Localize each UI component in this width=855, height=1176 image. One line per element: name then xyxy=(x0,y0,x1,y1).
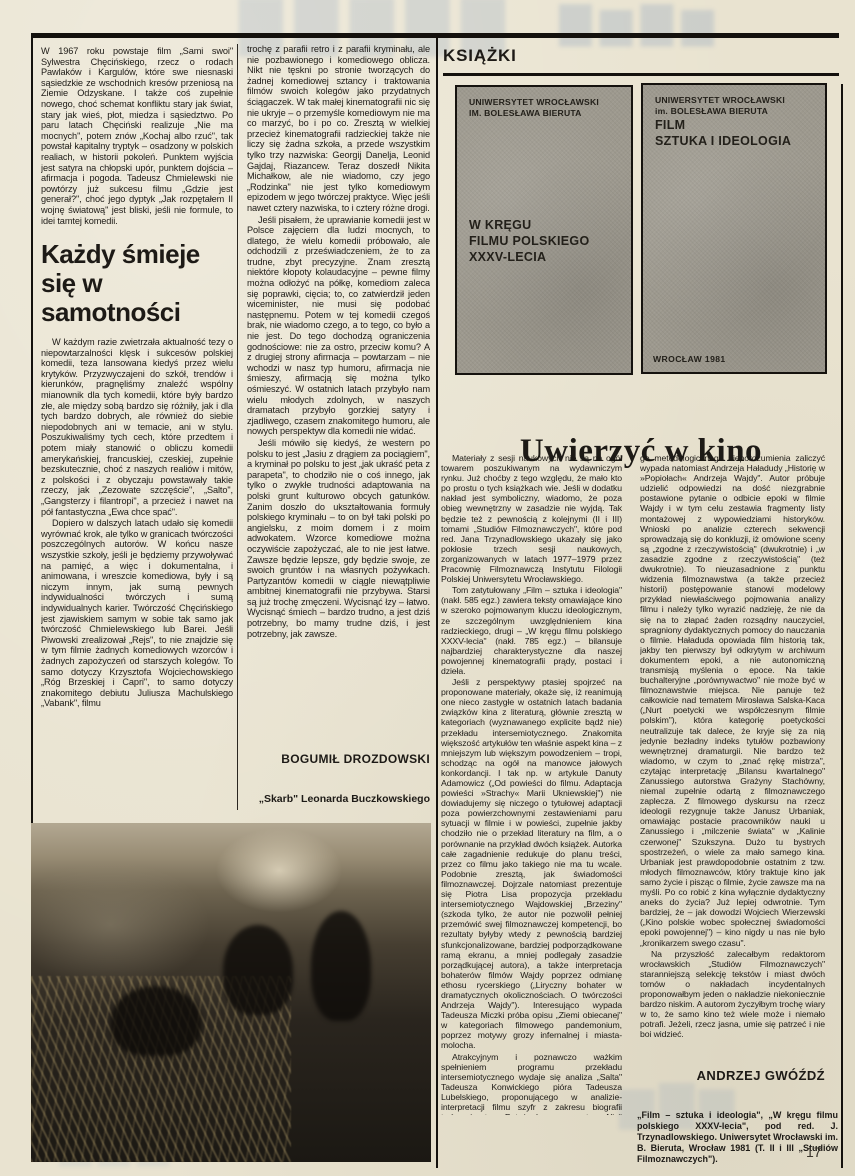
review-author: ANDRZEJ GWÓŹDŹ xyxy=(640,1068,825,1083)
photo-caption: „Skarb" Leonarda Buczkowskiego xyxy=(180,793,430,805)
book-publisher: UNIWERSYTET WROCŁAWSKI im. BOLESŁAWA BIE… xyxy=(655,95,785,117)
photo-figure xyxy=(311,911,371,1021)
top-rule xyxy=(31,33,839,38)
article-paragraph: Jeśli pisałem, że uprawianie komedii jes… xyxy=(247,215,430,437)
book-cover-film-sztuka: UNIWERSYTET WROCŁAWSKI im. BOLESŁAWA BIE… xyxy=(641,83,827,374)
book-title: FILM SZTUKA I IDEOLOGIA xyxy=(655,117,791,149)
article-paragraph: Dopiero w dalszych latach udało się kome… xyxy=(41,518,233,709)
section-divider-rule xyxy=(436,38,438,1168)
review-column-1: Materiały z sesji naukowych nie są na og… xyxy=(441,453,622,1115)
review-paragraph: Atrakcyjnym i poznawczo ważkim spełnieni… xyxy=(441,1052,622,1115)
book-imprint: WROCŁAW 1981 xyxy=(653,354,726,364)
review-paragraph: Jeśli z perspektywy ptasiej spojrzeć na … xyxy=(441,677,622,1050)
print-bleed-ghost: ▇▆▇▆ xyxy=(560,0,723,46)
review-paragraph: Na przyszłość zalecałbym redaktorom wroc… xyxy=(640,949,825,1040)
left-border-rule xyxy=(31,38,33,824)
article-headline: Każdy śmieje się w samotności xyxy=(41,240,233,327)
book-title: W KRĘGU FILMU POLSKIEGO XXXV-LECIA xyxy=(469,217,589,265)
review-paragraph: Tom zatytułowany „Film – sztuka i ideolo… xyxy=(441,585,622,676)
article-paragraph: Jeśli mówiło się kiedyś, że western po p… xyxy=(247,438,430,639)
photo-figure xyxy=(111,986,201,1056)
book-cover-w-kregu: UNIWERSYTET WROCŁAWSKI IM. BOLESŁAWA BIE… xyxy=(455,85,633,375)
photo-figure xyxy=(223,925,293,1015)
book-publisher: UNIWERSYTET WROCŁAWSKI IM. BOLESŁAWA BIE… xyxy=(469,97,599,119)
article-column-2: trochę z parafii retro i z parafii krymi… xyxy=(247,44,430,720)
books-section-label: KSIĄŻKI xyxy=(443,46,517,66)
right-border-rule xyxy=(841,84,843,1168)
article-paragraph: trochę z parafii retro i z parafii krymi… xyxy=(247,44,430,214)
column-divider-rule xyxy=(237,44,238,810)
page-number: 17 xyxy=(806,1144,822,1160)
review-paragraph: go metodologicznego nieporozumienia zali… xyxy=(640,453,825,948)
review-column-2: go metodologicznego nieporozumienia zali… xyxy=(640,453,825,1065)
magazine-page: ▆▇▆▇▆ ▇▆▇▆ ▆▇▆ ▇▆▇ W 1967 roku powstaje … xyxy=(0,0,855,1176)
article-author: BOGUMIŁ DROZDOWSKI xyxy=(247,752,430,766)
article-column-1: W 1967 roku powstaje film „Sami swoi" Sy… xyxy=(41,46,233,806)
books-header-rule xyxy=(443,73,839,76)
article-paragraph: W każdym razie zwietrzała aktualność tez… xyxy=(41,337,233,517)
article-paragraph: W 1967 roku powstaje film „Sami swoi" Sy… xyxy=(41,46,233,226)
film-still-photo xyxy=(31,823,431,1162)
review-paragraph: Materiały z sesji naukowych nie są na og… xyxy=(441,453,622,584)
